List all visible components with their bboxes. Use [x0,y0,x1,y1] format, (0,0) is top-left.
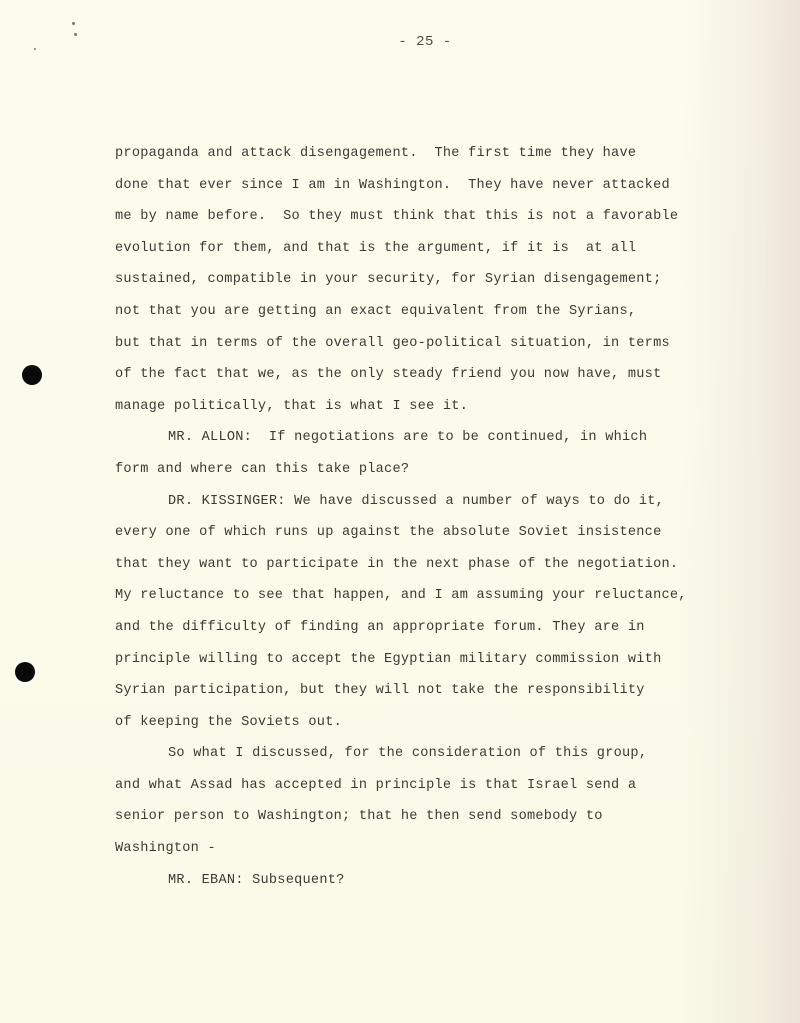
punch-hole [22,365,42,385]
text-line: sustained, compatible in your security, … [115,268,775,300]
text-line: principle willing to accept the Egyptian… [115,648,775,680]
text-line: every one of which runs up against the a… [115,521,775,553]
text-line: propaganda and attack disengagement. The… [115,142,775,174]
transcript-body: propaganda and attack disengagement. The… [115,142,775,900]
document-page: - 25 - propaganda and attack disengageme… [0,0,800,1023]
text-line: evolution for them, and that is the argu… [115,237,775,269]
text-line: manage politically, that is what I see i… [115,395,775,427]
page-number: - 25 - [0,34,800,50]
text-line: and the difficulty of finding an appropr… [115,616,775,648]
speaker-line-allon: MR. ALLON: If negotiations are to be con… [115,426,775,458]
text-line: senior person to Washington; that he the… [115,805,775,837]
text-line: Syrian participation, but they will not … [115,679,775,711]
punch-hole [15,662,35,682]
text-line: but that in terms of the overall geo-pol… [115,332,775,364]
text-line: of keeping the Soviets out. [115,711,775,743]
text-line: done that ever since I am in Washington.… [115,174,775,206]
text-line: of the fact that we, as the only steady … [115,363,775,395]
speaker-line-kissinger: DR. KISSINGER: We have discussed a numbe… [115,490,775,522]
text-line: form and where can this take place? [115,458,775,490]
text-line: not that you are getting an exact equiva… [115,300,775,332]
text-line: My reluctance to see that happen, and I … [115,584,775,616]
speaker-line-eban: MR. EBAN: Subsequent? [115,869,775,901]
scan-speck [72,22,75,25]
text-line: me by name before. So they must think th… [115,205,775,237]
text-line: and what Assad has accepted in principle… [115,774,775,806]
text-line: Washington - [115,837,775,869]
paragraph-start-line: So what I discussed, for the considerati… [115,742,775,774]
text-line: that they want to participate in the nex… [115,553,775,585]
